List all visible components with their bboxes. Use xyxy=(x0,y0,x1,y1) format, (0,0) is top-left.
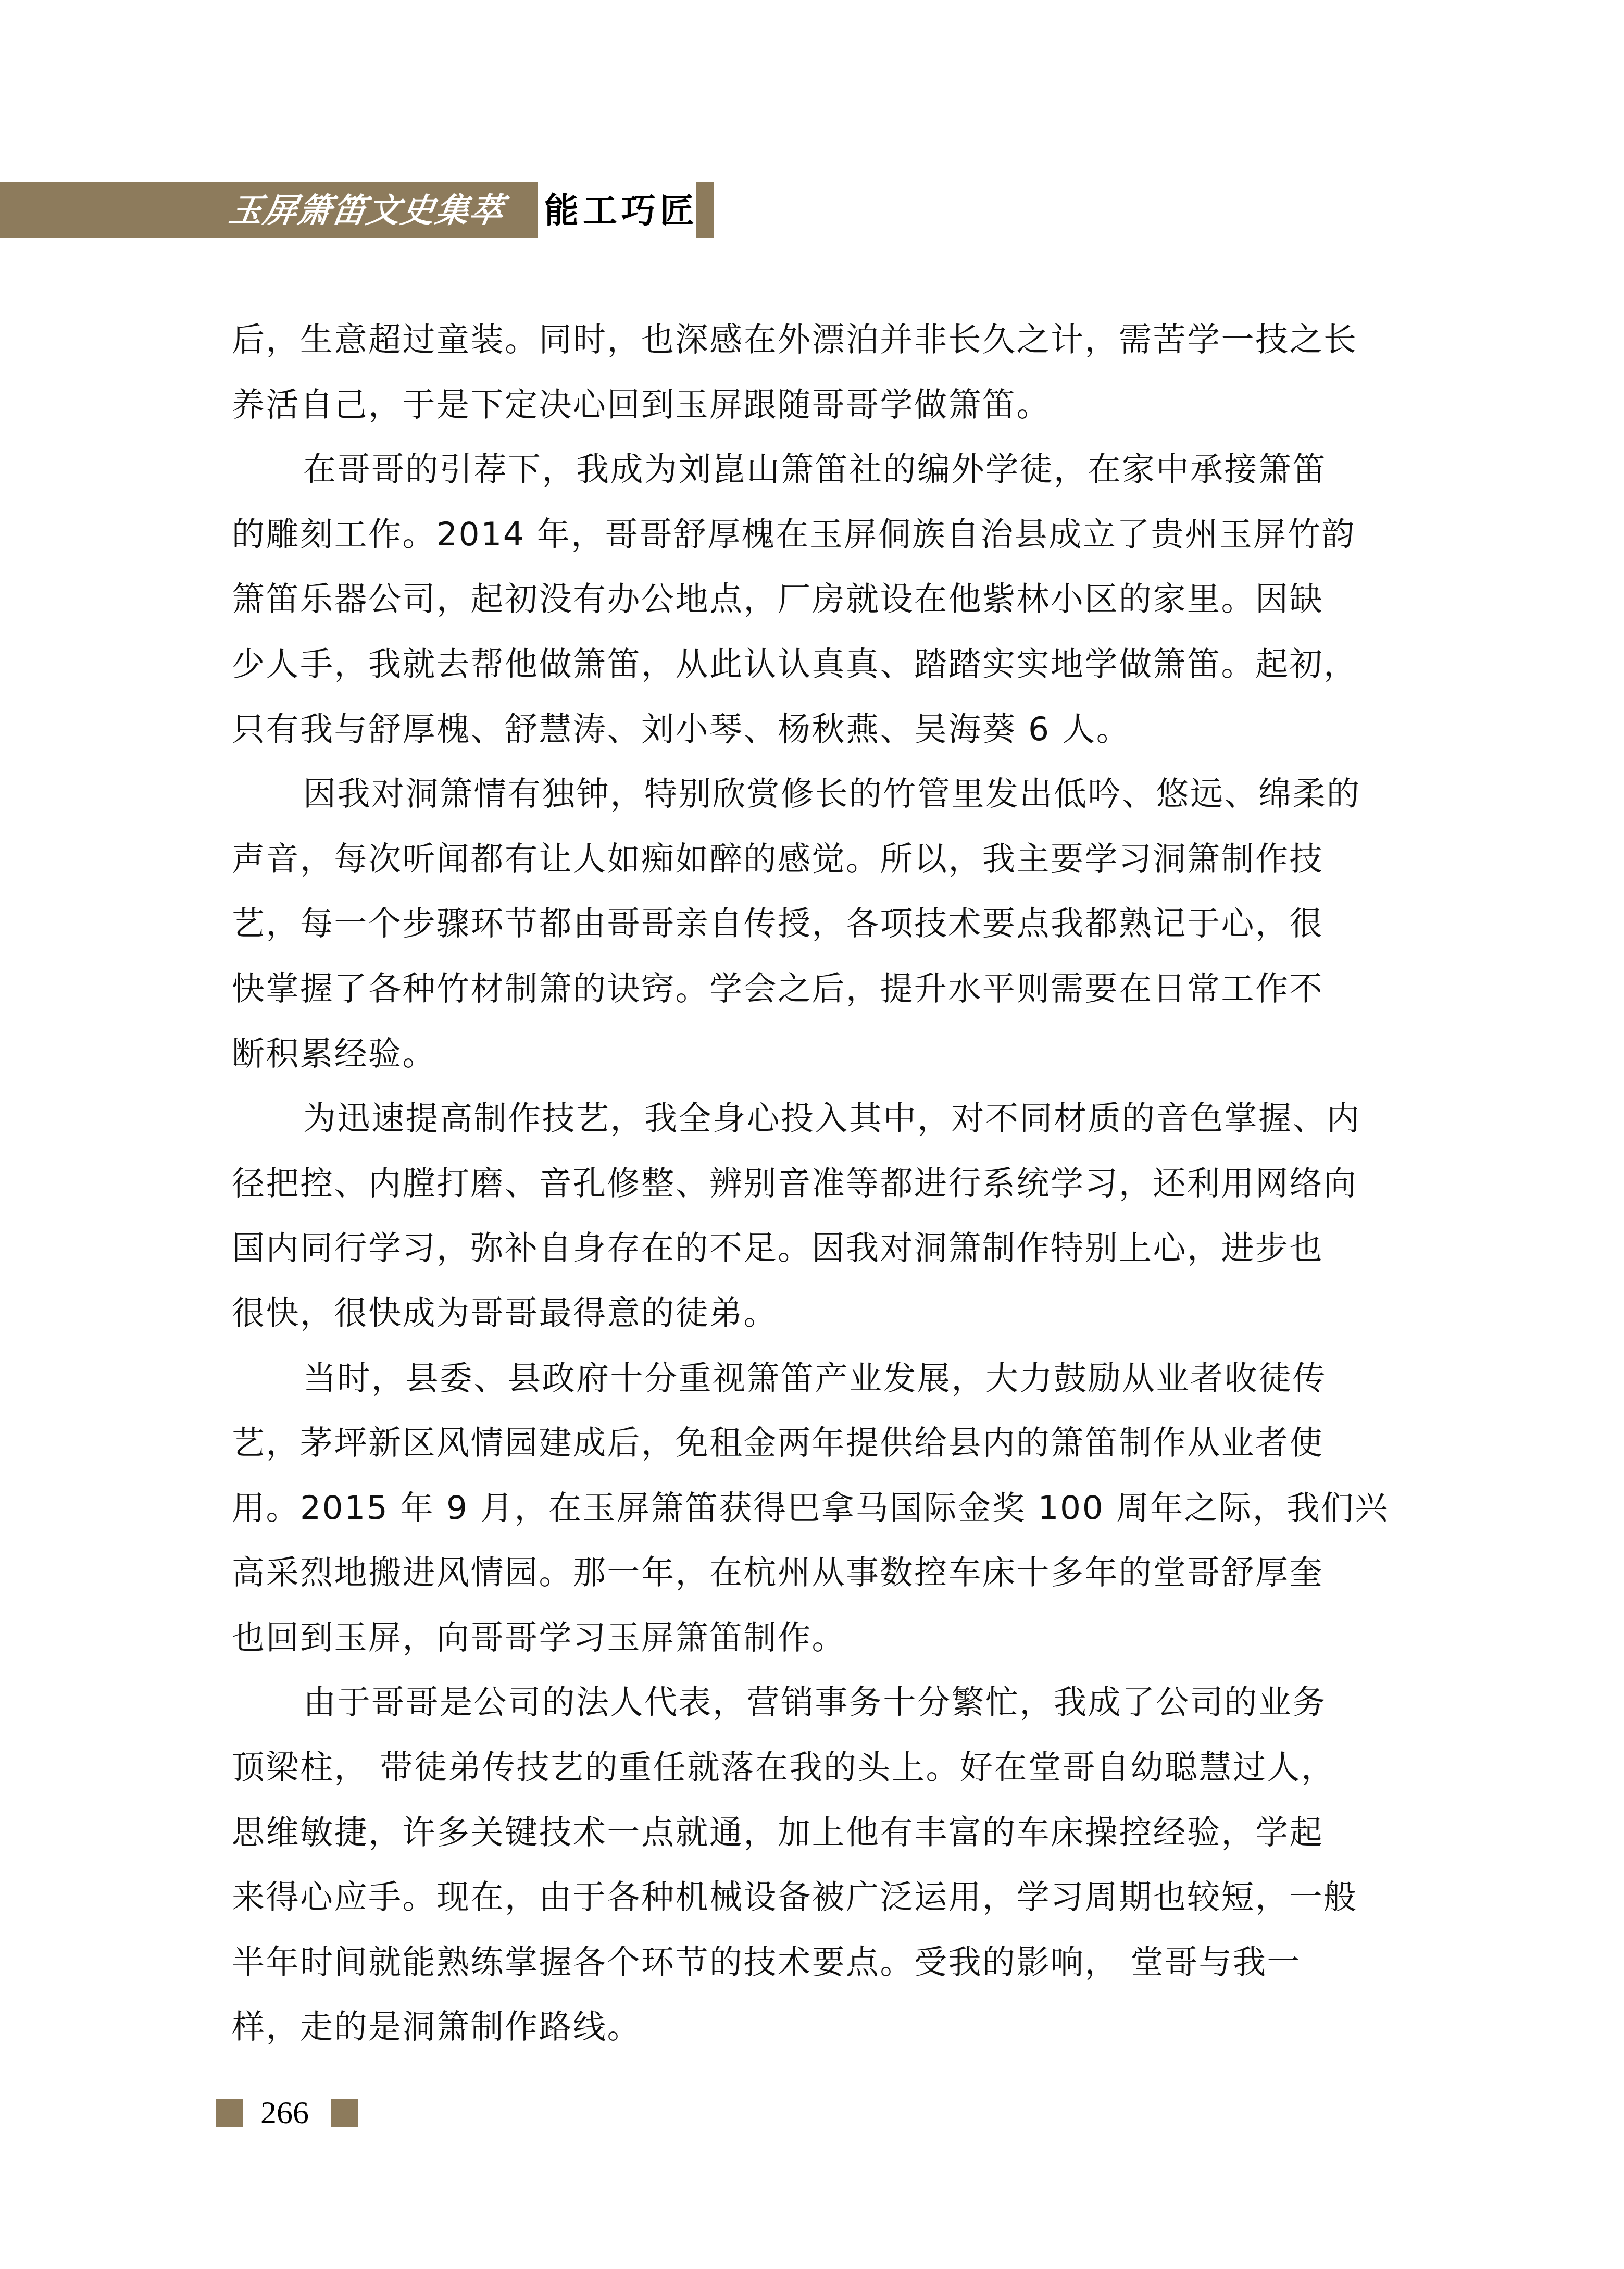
page-number: 266 xyxy=(260,2093,309,2133)
paragraph: 后，生意超过童装。同时，也深感在外漂泊并非长久之计，需苦学一技之长 养活自己，于… xyxy=(232,313,1378,442)
body-text: 后，生意超过童装。同时，也深感在外漂泊并非长久之计，需苦学一技之长 养活自己，于… xyxy=(232,313,1378,2065)
text-line: 半年时间就能熟练掌握各个环节的技术要点。受我的影响， 堂哥与我一 xyxy=(232,1935,1378,2000)
text-line: 也回到玉屏，向哥哥学习玉屏箫笛制作。 xyxy=(232,1611,1378,1676)
text-line: 因我对洞箫情有独钟，特别欣赏修长的竹管里发出低吟、悠远、绵柔的 xyxy=(232,767,1378,832)
series-title: 玉屏箫笛文史集萃 xyxy=(226,188,514,234)
paragraph: 为迅速提高制作技艺，我全身心投入其中，对不同材质的音色掌握、内 径把控、内膛打磨… xyxy=(232,1091,1378,1351)
text-line: 来得心应手。现在，由于各种机械设备被广泛运用，学习周期也较短，一般 xyxy=(232,1870,1378,1935)
section-label: 能工巧匠 xyxy=(544,183,698,238)
text-line: 声音，每次听闻都有让人如痴如醉的感觉。所以，我主要学习洞箫制作技 xyxy=(232,832,1378,897)
text-line: 箫笛乐器公司，起初没有办公地点，厂房就设在他紫林小区的家里。因缺 xyxy=(232,572,1378,637)
footer-square-right xyxy=(331,2099,358,2127)
text-line: 养活自己，于是下定决心回到玉屏跟随哥哥学做箫笛。 xyxy=(232,378,1378,443)
text-line: 由于哥哥是公司的法人代表，营销事务十分繁忙，我成了公司的业务 xyxy=(232,1675,1378,1740)
text-line: 高采烈地搬进风情园。那一年，在杭州从事数控车床十多年的堂哥舒厚奎 xyxy=(232,1545,1378,1611)
paragraph: 由于哥哥是公司的法人代表，营销事务十分繁忙，我成了公司的业务 顶梁柱， 带徒弟传… xyxy=(232,1675,1378,2065)
text-line: 思维敏捷，许多关键技术一点就通，加上他有丰富的车床操控经验，学起 xyxy=(232,1805,1378,1871)
paragraph: 在哥哥的引荐下，我成为刘崑山箫笛社的编外学徒，在家中承接箫笛 的雕刻工作。201… xyxy=(232,442,1378,767)
text-line: 快掌握了各种竹材制箫的诀窍。学会之后，提升水平则需要在日常工作不 xyxy=(232,962,1378,1027)
text-line: 径把控、内膛打磨、音孔修整、辨别音准等都进行系统学习，还利用网络向 xyxy=(232,1156,1378,1221)
text-line: 艺，每一个步骤环节都由哥哥亲自传授，各项技术要点我都熟记于心，很 xyxy=(232,896,1378,962)
text-line: 的雕刻工作。2014 年，哥哥舒厚槐在玉屏侗族自治县成立了贵州玉屏竹韵 xyxy=(232,507,1378,572)
text-line: 国内同行学习，弥补自身存在的不足。因我对洞箫制作特别上心，进步也 xyxy=(232,1221,1378,1286)
text-line: 只有我与舒厚槐、舒慧涛、刘小琴、杨秋燕、吴海葵 6 人。 xyxy=(232,702,1378,767)
text-line: 少人手，我就去帮他做箫笛，从此认认真真、踏踏实实地学做箫笛。起初， xyxy=(232,637,1378,702)
text-line: 为迅速提高制作技艺，我全身心投入其中，对不同材质的音色掌握、内 xyxy=(232,1091,1378,1156)
text-line: 样，走的是洞箫制作路线。 xyxy=(232,2000,1378,2065)
paragraph: 因我对洞箫情有独钟，特别欣赏修长的竹管里发出低吟、悠远、绵柔的 声音，每次听闻都… xyxy=(232,767,1378,1091)
text-line: 顶梁柱， 带徒弟传技艺的重任就落在我的头上。好在堂哥自幼聪慧过人， xyxy=(232,1740,1378,1805)
text-line: 后，生意超过童装。同时，也深感在外漂泊并非长久之计，需苦学一技之长 xyxy=(232,313,1378,378)
text-line: 用。2015 年 9 月，在玉屏箫笛获得巴拿马国际金奖 100 周年之际，我们兴 xyxy=(232,1481,1378,1546)
text-line: 在哥哥的引荐下，我成为刘崑山箫笛社的编外学徒，在家中承接箫笛 xyxy=(232,442,1378,507)
text-line: 很快，很快成为哥哥最得意的徒弟。 xyxy=(232,1286,1378,1351)
text-line: 断积累经验。 xyxy=(232,1027,1378,1092)
text-line: 艺，茅坪新区风情园建成后，免租金两年提供给县内的箫笛制作从业者使 xyxy=(232,1416,1378,1481)
header-accent-bar xyxy=(696,182,714,238)
paragraph: 当时，县委、县政府十分重视箫笛产业发展，大力鼓励从业者收徒传 艺，茅坪新区风情园… xyxy=(232,1351,1378,1676)
footer-square-left xyxy=(216,2099,243,2127)
text-line: 当时，县委、县政府十分重视箫笛产业发展，大力鼓励从业者收徒传 xyxy=(232,1351,1378,1416)
